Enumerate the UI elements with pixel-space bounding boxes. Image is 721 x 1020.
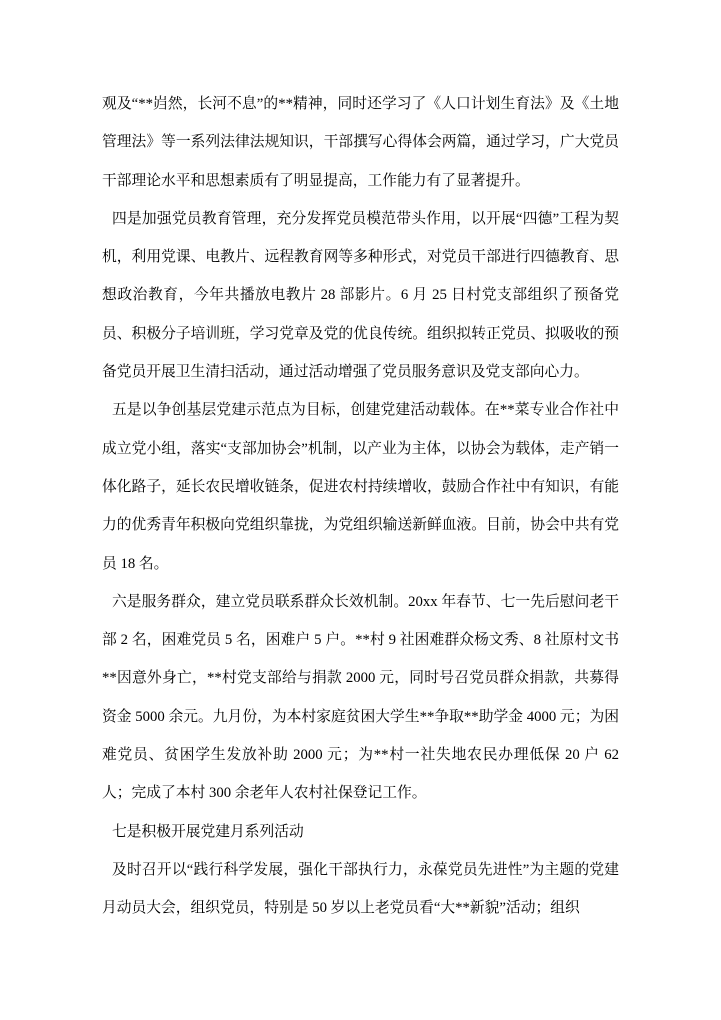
paragraph-item-six: 六是服务群众，建立党员联系群众长效机制。20xx 年春节、七一先后慰问老干部 2… — [102, 583, 619, 813]
document-text-block: 观及“**岿然，长河不息”的**精神，同时还学习了《人口计划生育法》及《土地管理… — [102, 85, 619, 928]
paragraph-item-seven-body: 及时召开以“践行科学发展，强化干部执行力，永葆党员先进性”为主题的党建月动员大会… — [102, 851, 619, 928]
paragraph-continuation: 观及“**岿然，长河不息”的**精神，同时还学习了《人口计划生育法》及《土地管理… — [102, 85, 619, 200]
paragraph-item-five: 五是以争创基层党建示范点为目标，创建党建活动载体。在**菜专业合作社中成立党小组… — [102, 391, 619, 582]
paragraph-item-four: 四是加强党员教育管理，充分发挥党员模范带头作用，以开展“四德”工程为契机，利用党… — [102, 200, 619, 391]
section-heading-item-seven: 七是积极开展党建月系列活动 — [102, 813, 619, 851]
document-page: 观及“**岿然，长河不息”的**精神，同时还学习了《人口计划生育法》及《土地管理… — [0, 0, 721, 1020]
